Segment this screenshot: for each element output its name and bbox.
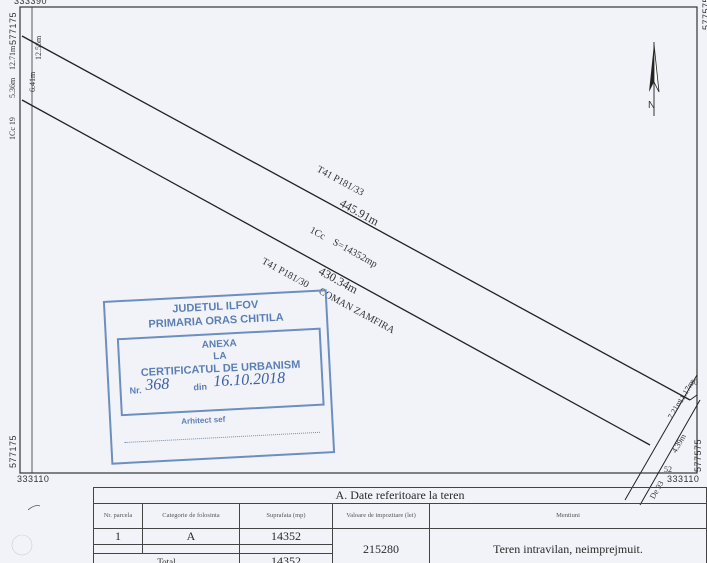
- header-mentiuni: Mentiuni: [430, 504, 707, 529]
- coord-top-left-x: 333390: [14, 0, 47, 6]
- total-label: Total: [94, 554, 240, 563]
- stamp-architect-label: Arhitect sef: [181, 415, 225, 426]
- table-header-row: Nr. parcela Categorie de folosinta Supra…: [94, 504, 707, 529]
- coord-top-right-y: 577575: [701, 0, 707, 30]
- stamp-nr-value: 368: [145, 376, 170, 395]
- cell-mentiuni: Teren intravilan, neimprejmuit.: [430, 529, 707, 563]
- header-categorie: Categorie de folosinta: [143, 504, 240, 529]
- coord-bottom-right-x: 333110: [667, 474, 699, 484]
- cell-nr: 1: [94, 529, 143, 545]
- document-page: 333390 577575 577175 333110 333110 57757…: [0, 0, 707, 563]
- urbanism-certificate-stamp: JUDETUL ILFOV PRIMARIA ORAS CHITILA ANEX…: [103, 289, 335, 464]
- header-nr: Nr. parcela: [94, 504, 143, 529]
- coord-bottom-left-y: 577175: [8, 435, 18, 468]
- header-suprafata: Suprafata (mp): [240, 504, 333, 529]
- left-dim-4: 12.56m: [34, 36, 43, 60]
- cell-categorie: A: [143, 529, 240, 545]
- table-row: 1 A 14352 215280 Teren intravilan, neimp…: [94, 529, 707, 545]
- coord-left-top-y: 577175: [8, 12, 18, 45]
- stamp-nr-label: Nr.: [129, 385, 142, 396]
- land-data-table: A. Date referitoare la teren Nr. parcela…: [93, 487, 707, 563]
- west-neighbor-label: 1Cc 19: [8, 117, 17, 140]
- total-suprafata: 14352: [240, 554, 333, 563]
- header-valoare: Valoare de impozitare (lei): [333, 504, 430, 529]
- cell-suprafata: 14352: [240, 529, 333, 545]
- stamp-signature-line: [124, 432, 320, 443]
- left-dim-1: 5.36m: [8, 78, 17, 98]
- point-label-52: 52: [664, 465, 672, 474]
- left-dim-3: 6.41m: [28, 72, 37, 92]
- coord-bottom-right-y: 577575: [693, 439, 703, 472]
- stamp-din-label: din: [193, 382, 207, 393]
- north-label: N: [648, 100, 655, 111]
- stamp-date-value: 16.10.2018: [213, 370, 286, 392]
- left-dim-2: 12.71m: [8, 46, 17, 70]
- table-caption: A. Date referitoare la teren: [94, 488, 707, 504]
- stamp-inner-box: ANEXA LA CERTIFICATUL DE URBANISM Nr. 36…: [117, 328, 325, 417]
- cell-valoare: 215280: [333, 529, 430, 563]
- coord-bottom-left-x: 333110: [17, 474, 49, 484]
